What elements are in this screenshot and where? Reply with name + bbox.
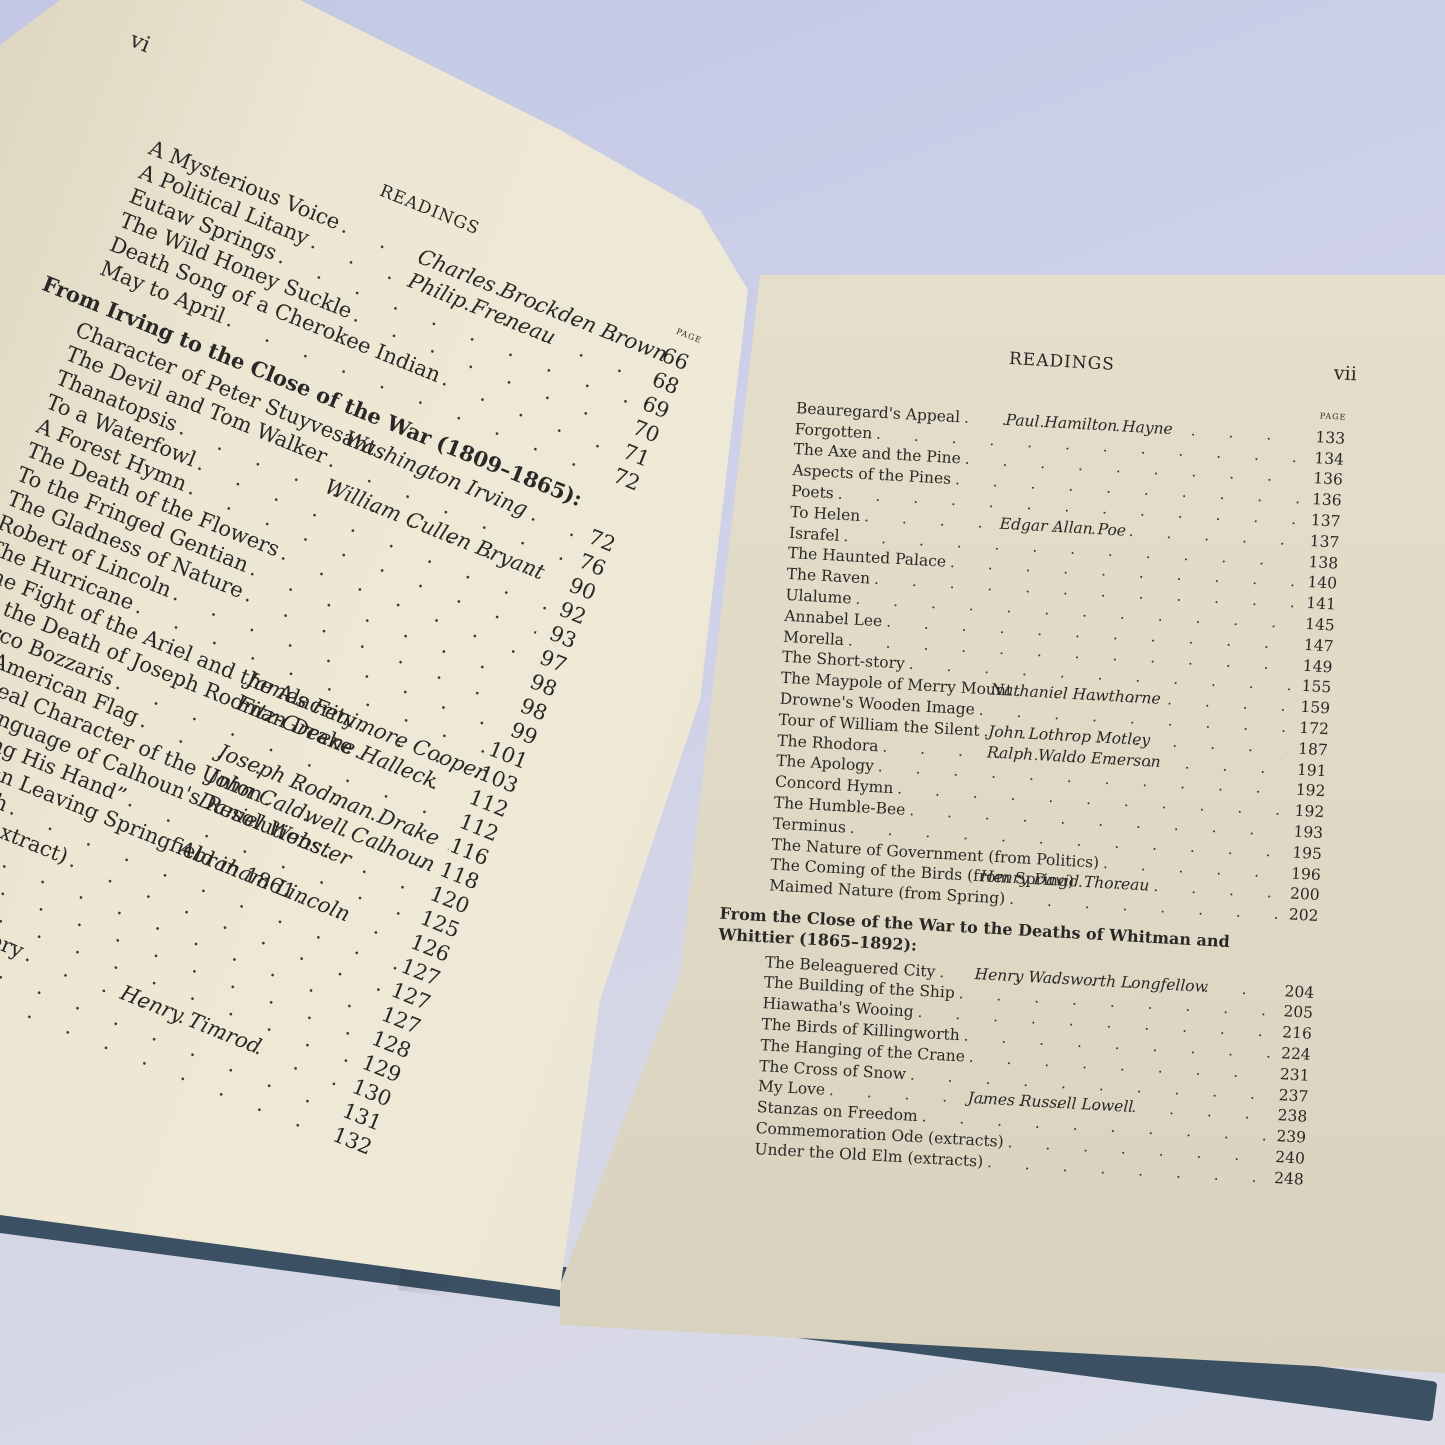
entry-page-number: 147 [1293, 634, 1334, 657]
entry-page-number: 159 [1289, 696, 1330, 719]
entry-page-number: 205 [1272, 1001, 1313, 1024]
entry-page-number: 134 [1303, 447, 1344, 470]
entry-page-number: 187 [1287, 738, 1328, 761]
entry-page-number: 136 [1301, 489, 1342, 512]
entry-page-number: 200 [1279, 883, 1320, 906]
entry-page-number: 191 [1286, 759, 1327, 782]
right-page-content: READINGS vii PAGE Beauregard's Appeal133… [714, 335, 1349, 1190]
entry-page-number: 136 [1302, 468, 1343, 491]
entry-page-number: 192 [1285, 779, 1326, 802]
page-number-vii: vii [1333, 363, 1357, 385]
entry-page-number: 231 [1269, 1063, 1310, 1086]
entry-page-number: 204 [1274, 980, 1315, 1003]
entry-title: Israfel [788, 523, 840, 547]
entry-page-number: 141 [1295, 593, 1336, 616]
entry-page-number: 239 [1265, 1126, 1306, 1149]
entry-page-number: 195 [1281, 842, 1322, 865]
right-entries-second: The Beleaguered City204Henry Wadsworth L… [714, 950, 1315, 1191]
entry-page-number: 224 [1270, 1043, 1311, 1066]
entry-page-number: 202 [1278, 904, 1319, 927]
entry-page-number: 172 [1288, 717, 1329, 740]
entry-title: Poets [791, 481, 835, 504]
right-entries-main: Beauregard's Appeal133Paul Hamilton Hayn… [729, 396, 1346, 927]
entry-page-number: 192 [1284, 800, 1325, 823]
entry-page-number: 248 [1263, 1167, 1304, 1190]
entry-page-number: 237 [1268, 1084, 1309, 1107]
entry-page-number: 240 [1264, 1146, 1305, 1169]
entry-page-number: 140 [1296, 572, 1337, 595]
entry-page-number: 145 [1294, 613, 1335, 636]
entry-page-number: 133 [1305, 426, 1346, 449]
entry-page-number: 138 [1298, 551, 1339, 574]
entry-page-number: 193 [1283, 821, 1324, 844]
entry-page-number: 155 [1291, 676, 1332, 699]
entry-page-number: 238 [1267, 1105, 1308, 1128]
entry-page-number: 149 [1292, 655, 1333, 678]
entry-page-number: 196 [1280, 862, 1321, 885]
entry-page-number: 137 [1300, 509, 1341, 532]
entry-page-number: 137 [1299, 530, 1340, 553]
entry-page-number: 216 [1271, 1022, 1312, 1045]
